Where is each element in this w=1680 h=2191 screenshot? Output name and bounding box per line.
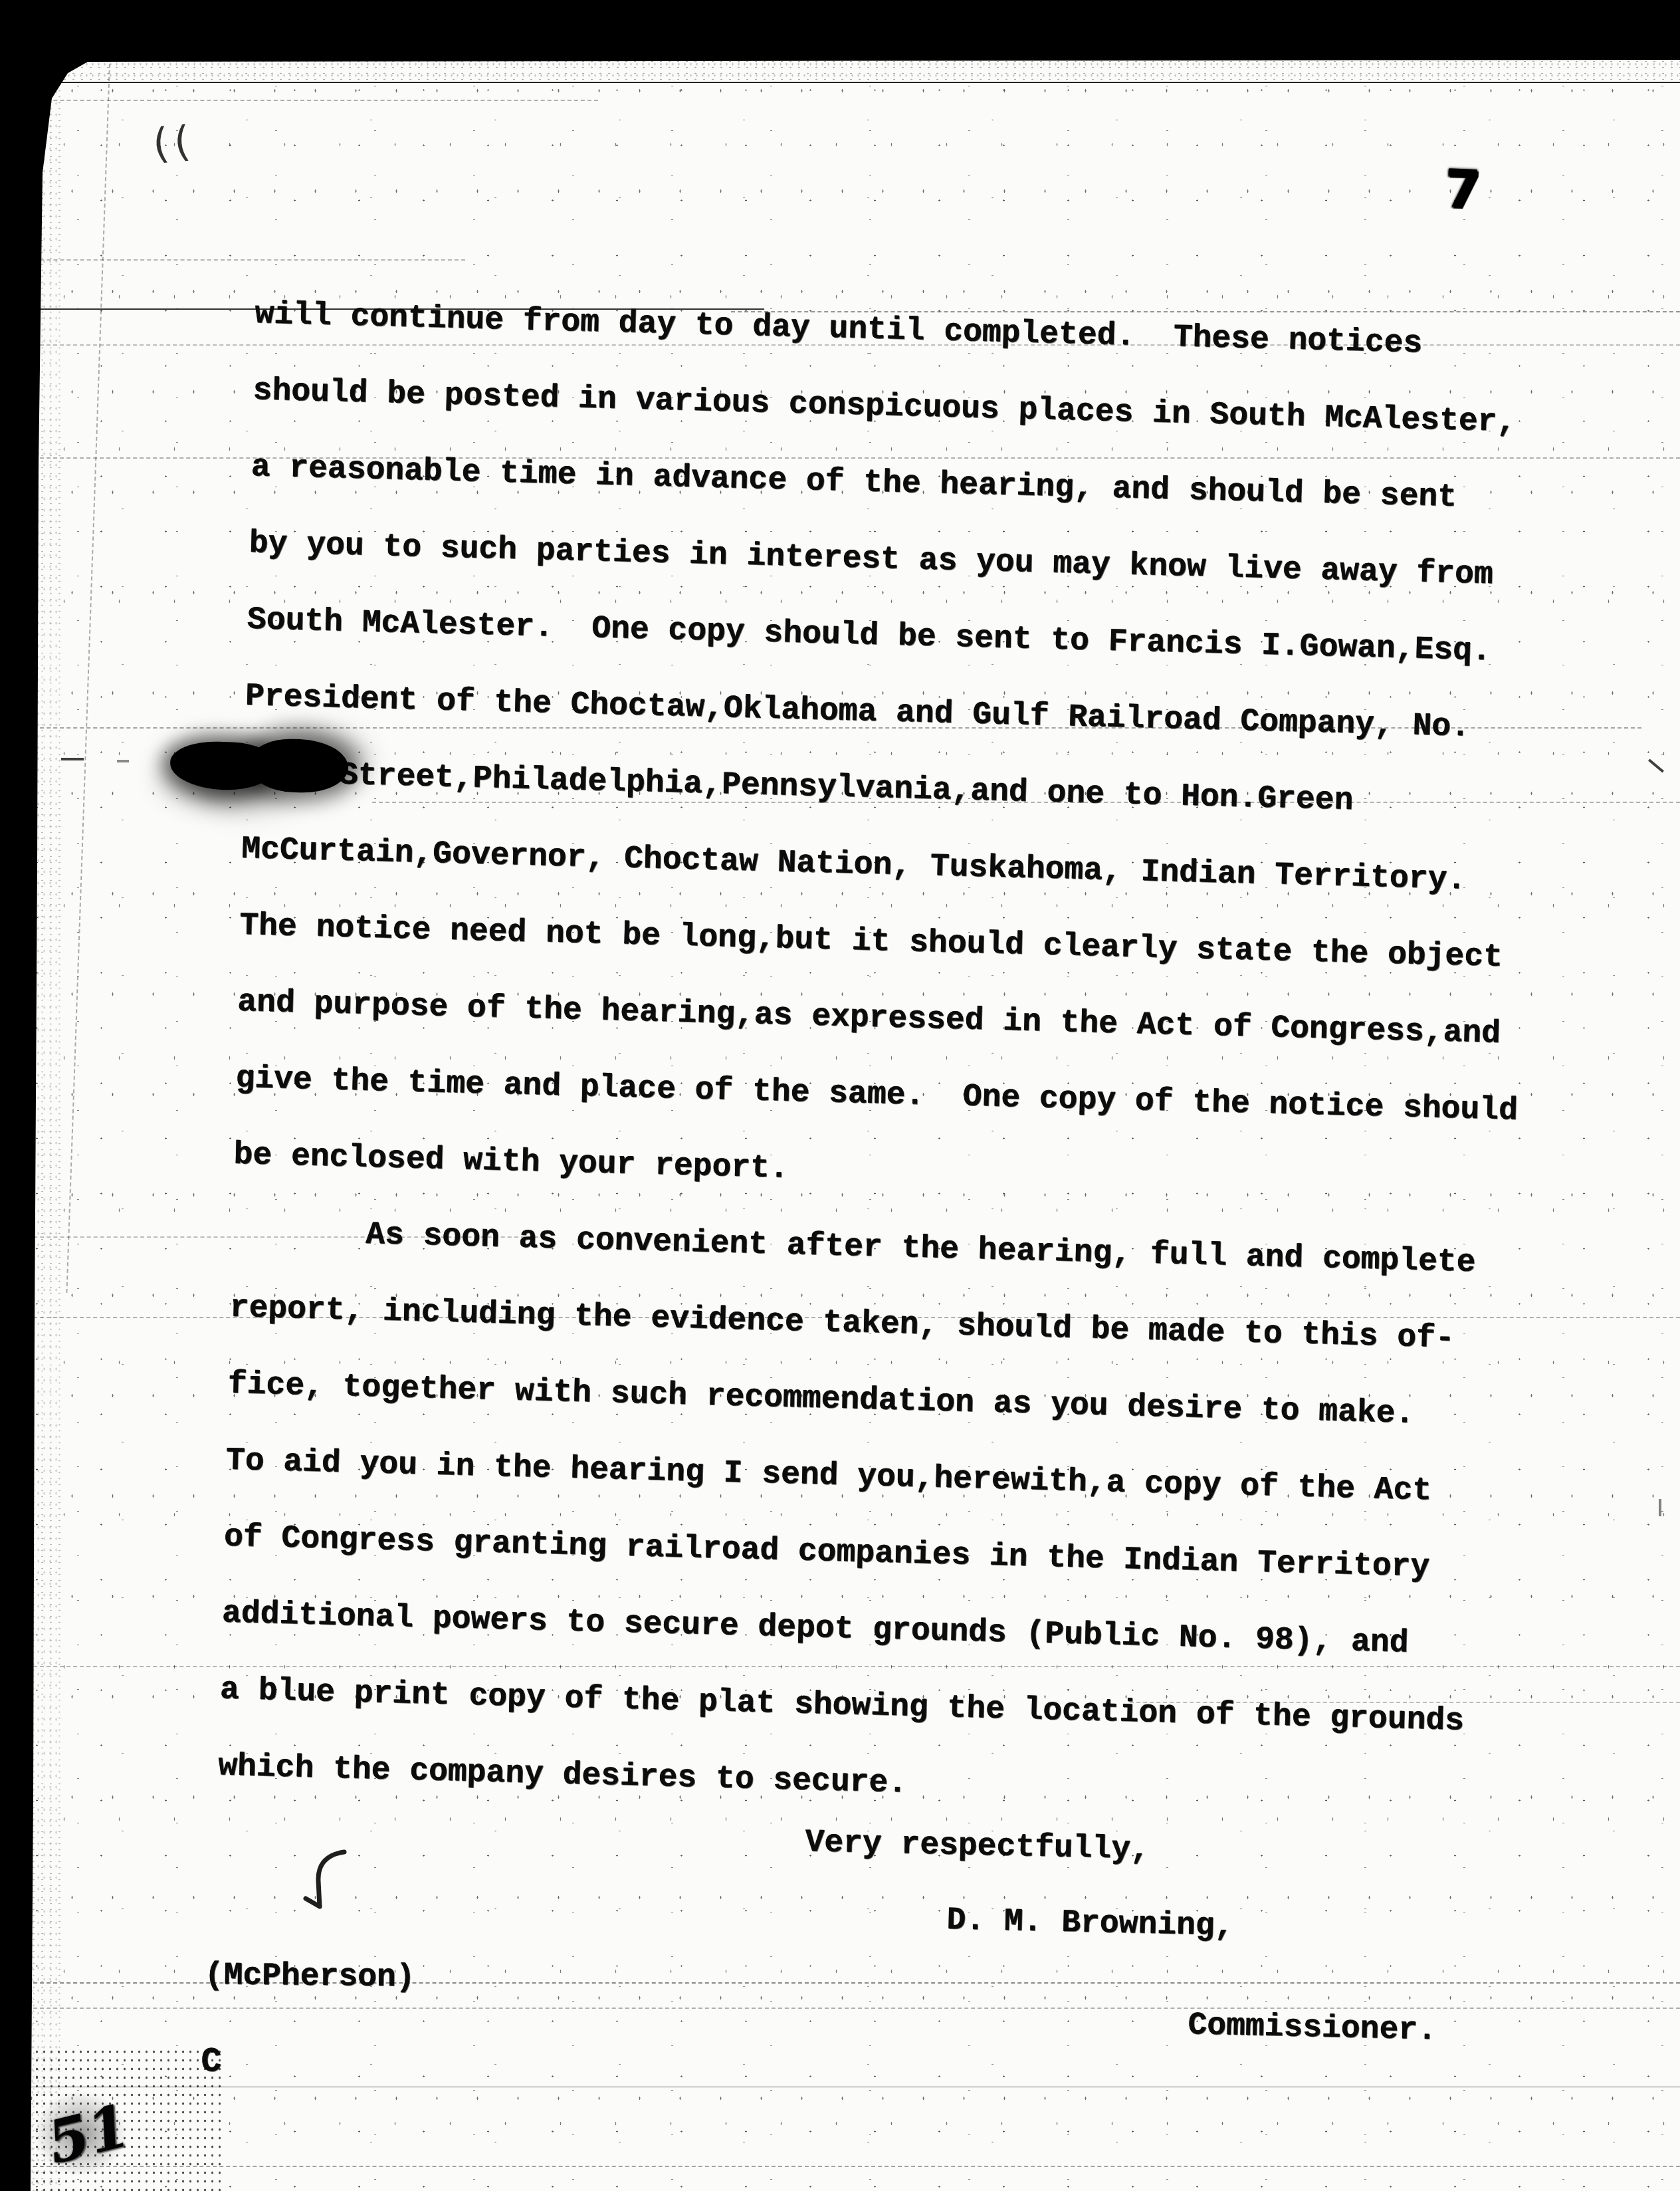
handwritten-hook-mark (300, 1847, 362, 1916)
signature-name: D. M. Browning, (946, 1903, 1234, 1944)
scan-line-artifact (0, 2008, 1680, 2009)
handwritten-folio-number: 51 (41, 2091, 136, 2178)
redaction-smudge (169, 735, 350, 799)
fold-crease-line (66, 64, 112, 1293)
ink-speck (1648, 758, 1664, 772)
file-letter-mark: C (201, 2042, 222, 2082)
scan-line-artifact (0, 259, 465, 261)
signature-title: Commissioner. (1188, 2008, 1437, 2049)
scan-line-artifact (0, 100, 598, 101)
typist-initials: (McPherson) (204, 1958, 415, 1996)
scan-line-artifact (0, 82, 1680, 83)
page-number: 7 (1443, 159, 1481, 220)
ink-speck (61, 758, 84, 760)
letter-body: will continue from day to day until comp… (217, 277, 1625, 1839)
ink-speck (117, 760, 129, 762)
margin-paren-mark: ( ( (151, 117, 188, 168)
scan-edge-noise-top (0, 58, 1680, 84)
scanned-letter-page: ( ( 7 will continue from day to day unti… (0, 0, 1680, 2191)
scan-line-artifact (0, 2087, 1680, 2087)
scan-line-artifact (0, 2166, 1680, 2167)
redaction-smudge-lobe (251, 738, 350, 794)
ink-speck (1659, 1499, 1661, 1516)
closing-line: Very respectfully, (805, 1825, 1150, 1868)
